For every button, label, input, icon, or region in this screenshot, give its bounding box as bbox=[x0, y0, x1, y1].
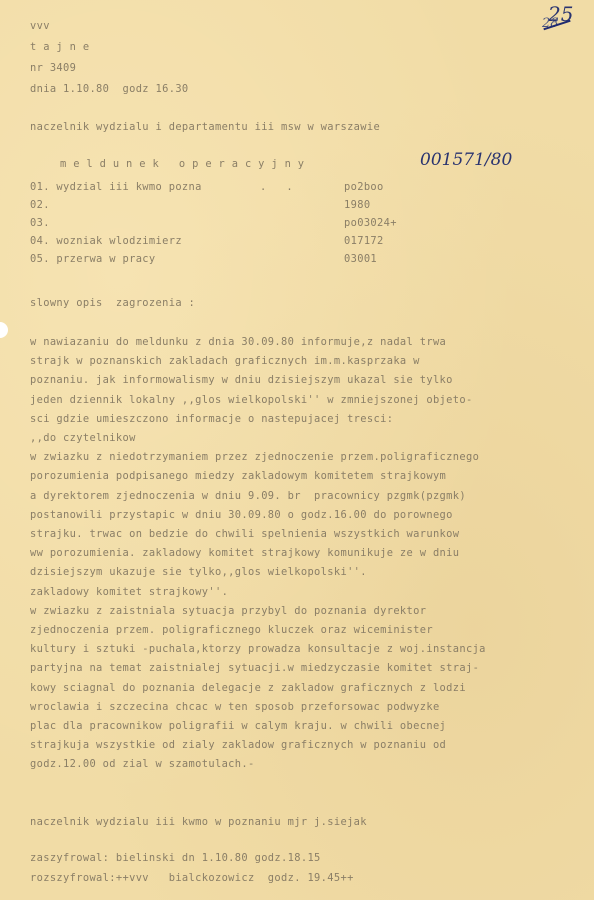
description-line: partyjna na temat zaistnialej sytuacji.w… bbox=[30, 662, 479, 675]
description-line: zakladowy komitet strajkowy''. bbox=[30, 586, 228, 599]
description-line: ww porozumienia. zakladowy komitet straj… bbox=[30, 547, 459, 560]
description-line: wroclawia i szczecina chcac w ten sposob… bbox=[30, 701, 440, 714]
report-row-value: po03024+ bbox=[344, 217, 397, 230]
punch-hole bbox=[0, 322, 8, 338]
report-row-label: 05. przerwa w pracy bbox=[30, 253, 156, 266]
report-row-value: 017172 bbox=[344, 235, 384, 248]
document-number: nr 3409 bbox=[30, 62, 76, 75]
description-line: strajkuja wszystkie od zialy zakladow gr… bbox=[30, 739, 446, 752]
report-row-value: po2boo bbox=[344, 181, 384, 194]
report-row-label: 01. wydzial iii kwmo pozna bbox=[30, 181, 202, 194]
signature: naczelnik wydzialu iii kwmo w poznaniu m… bbox=[30, 816, 367, 829]
description-line: porozumienia podpisanego miedzy zakladow… bbox=[30, 470, 446, 483]
document-page: 25 28 vvv t a j n e nr 3409 dnia 1.10.80… bbox=[0, 0, 594, 900]
encrypted-note: zaszyfrowal: bielinski dn 1.10.80 godz.1… bbox=[30, 852, 321, 865]
report-row-label: 04. wozniak wlodzimierz bbox=[30, 235, 182, 248]
report-row-value: 03001 bbox=[344, 253, 377, 266]
description-line: kultury i sztuki -puchala,ktorzy prowadz… bbox=[30, 643, 486, 656]
addressee: naczelnik wydzialu i departamentu iii ms… bbox=[30, 121, 380, 134]
classification: t a j n e bbox=[30, 41, 89, 54]
description-line: zjednoczenia przem. poligraficznego kluc… bbox=[30, 624, 433, 637]
header-line1: vvv bbox=[30, 20, 50, 33]
description-line: strajku. trwac on bedzie do chwili speln… bbox=[30, 528, 459, 541]
description-line: w zwiazku z zaistniala sytuacja przybyl … bbox=[30, 605, 426, 618]
report-row-dots: . . bbox=[260, 181, 293, 194]
description-line: strajk w poznanskich zakladach graficzny… bbox=[30, 355, 420, 368]
description-line: sci gdzie umieszczono informacje o naste… bbox=[30, 413, 393, 426]
report-row-label: 03. bbox=[30, 217, 50, 230]
description-line: godz.12.00 od zial w szamotulach.- bbox=[30, 758, 255, 771]
description-line: kowy sciagnal do poznania delegacje z za… bbox=[30, 682, 466, 695]
description-line: w zwiazku z niedotrzymaniem przez zjedno… bbox=[30, 451, 479, 464]
description-line: w nawiazaniu do meldunku z dnia 30.09.80… bbox=[30, 336, 446, 349]
report-row-value: 1980 bbox=[344, 199, 370, 212]
description-line: jeden dziennik lokalny ,,glos wielkopols… bbox=[30, 394, 473, 407]
description-line: plac dla pracownikow poligrafii w calym … bbox=[30, 720, 446, 733]
description-line: postanowili przystapic w dniu 30.09.80 o… bbox=[30, 509, 453, 522]
description-line: ,,do czytelnikow bbox=[30, 432, 136, 445]
description-line: dzisiejszym ukazuje sie tylko,,glos wiel… bbox=[30, 566, 367, 579]
report-row-label: 02. bbox=[30, 199, 50, 212]
handwritten-register-number: 001571/80 bbox=[420, 150, 512, 170]
description-heading: slowny opis zagrozenia : bbox=[30, 297, 195, 310]
date-line: dnia 1.10.80 godz 16.30 bbox=[30, 83, 189, 96]
description-line: a dyrektorem zjednoczenia w dniu 9.09. b… bbox=[30, 490, 466, 503]
description-line: poznaniu. jak informowalismy w dniu dzis… bbox=[30, 374, 453, 387]
report-title: m e l d u n e k o p e r a c y j n y bbox=[60, 158, 304, 171]
decrypted-note: rozszyfrowal:++vvv bialckozowicz godz. 1… bbox=[30, 872, 354, 885]
